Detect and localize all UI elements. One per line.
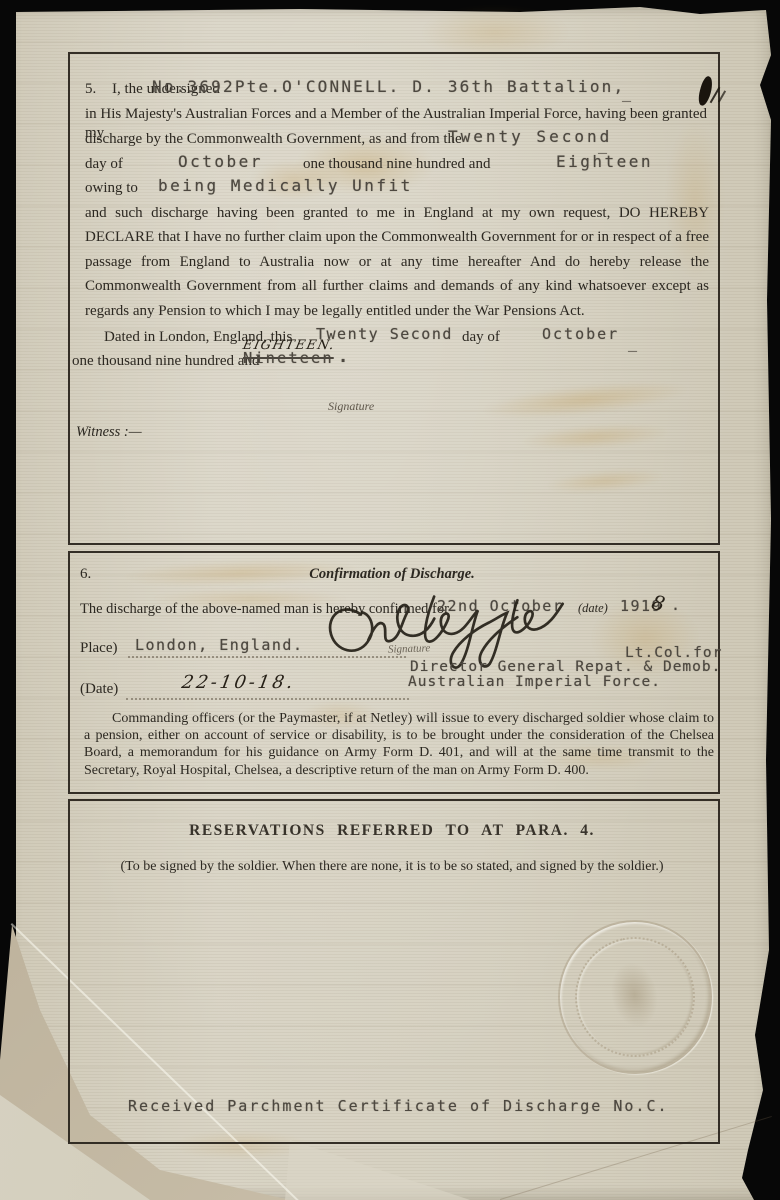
date-field-label: (Date) <box>80 680 118 699</box>
officer-title1-typed: Director General Repat. & Demob. <box>410 659 721 675</box>
signature-name-text: Cyril S. Griffiths <box>0 0 1 1</box>
reservations-title: RESERVATIONS REFERRED TO AT PARA. 4. <box>68 821 716 840</box>
dotted-rule <box>126 698 409 700</box>
typed-underscore: _ <box>628 334 639 352</box>
body-line3: discharge by the Commonwealth Government… <box>85 130 462 149</box>
discharge-day-typed: Twenty Second <box>448 127 612 146</box>
owing-to-label: owing to <box>85 179 138 198</box>
struck-period: . <box>338 347 350 367</box>
commanding-officers-note: Commanding officers (or the Paymaster, i… <box>84 710 714 779</box>
dated-thousand-label: one thousand nine hundred and <box>72 352 259 371</box>
place-typed: London, England. <box>135 636 304 654</box>
discharge-month-typed: October <box>178 152 263 171</box>
confirmation-title: Confirmation of Discharge. <box>68 565 716 583</box>
thousand-label: one thousand nine hundred and <box>303 155 490 174</box>
received-certificate-typed: Received Parchment Certificate of Discha… <box>128 1097 669 1115</box>
soldier-name-typed: No.3692Pte.O'CONNELL. D. 36th Battalion, <box>152 77 625 96</box>
signature-small-label: Signature <box>388 642 431 657</box>
dated-month-typed: October <box>542 325 619 343</box>
dated-day-typed: Twenty Second <box>316 325 453 343</box>
day-of-label: day of <box>85 155 123 174</box>
scanned-discharge-document: 5. I, the undersigned No.3692Pte.O'CONNE… <box>0 0 780 1200</box>
discharge-year-typed: Eighteen <box>556 152 653 171</box>
reservations-box <box>68 799 720 1144</box>
nineteen-struck-typed: Nineteen <box>243 349 334 367</box>
declaration-paragraph: and such discharge having been granted t… <box>85 201 709 323</box>
typed-underscore: _ <box>622 84 633 102</box>
witness-label: Witness :— <box>76 423 142 441</box>
reservations-subtitle: (To be signed by the soldier. When there… <box>68 858 716 876</box>
discharge-reason-typed: being Medically Unfit <box>158 176 413 195</box>
date-paren-label: (date) <box>578 601 608 617</box>
dated-day-of-label: day of <box>462 328 500 347</box>
confirm-year-period: . <box>671 596 682 614</box>
signature-line-label: Signature <box>328 399 374 414</box>
officer-title2-typed: Australian Imperial Force. <box>408 674 661 690</box>
section5-number: 5. <box>85 80 96 99</box>
date-handwritten: 22-10-18. <box>180 672 297 693</box>
place-label: Place) <box>80 639 117 658</box>
